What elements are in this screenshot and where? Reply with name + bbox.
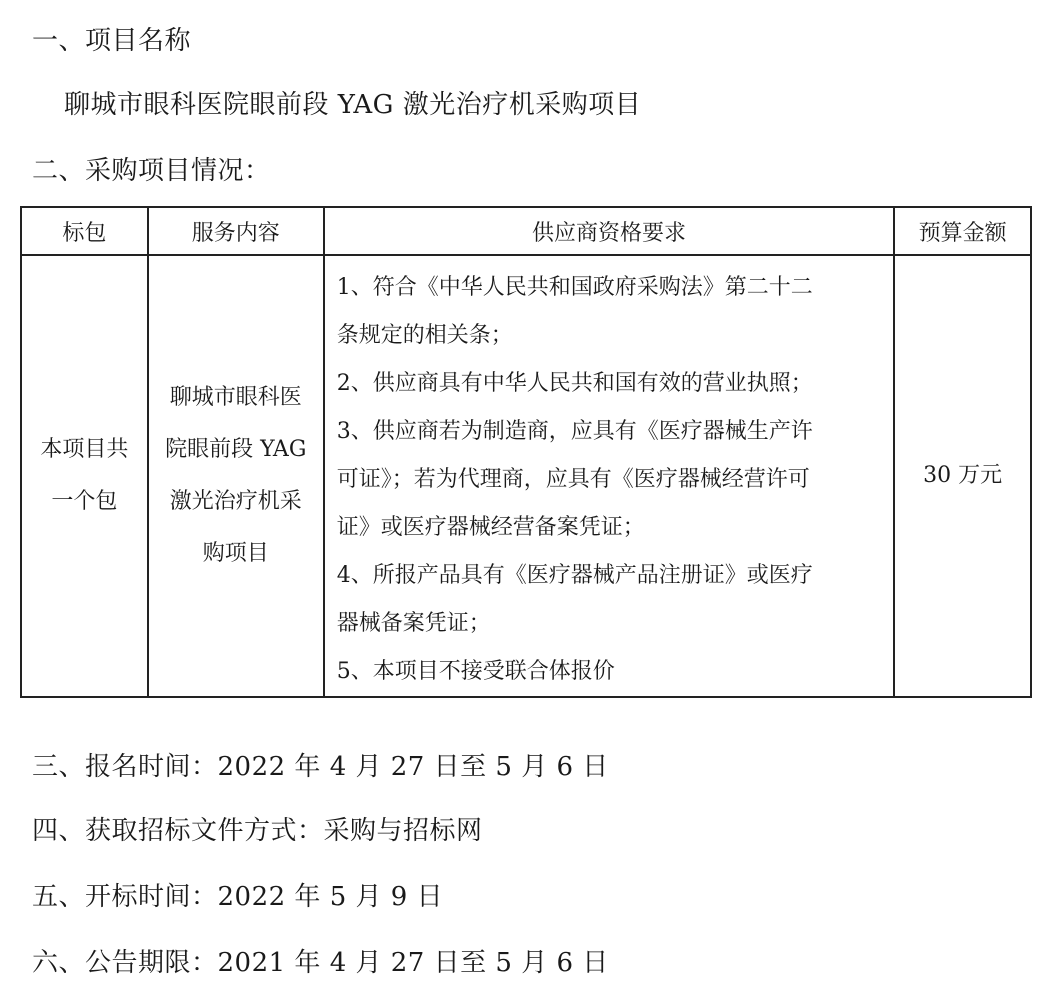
requirement-line: 3、供应商若为制造商，应具有《医疗器械生产许 (337, 408, 883, 456)
package-line: 本项目共 (22, 424, 147, 476)
section-2-heading: 二、采购项目情况： (32, 156, 271, 186)
section-5-opening-time: 五、开标时间：2022 年 5 月 9 日 (32, 882, 443, 912)
section-3-registration-time: 三、报名时间：2022 年 4 月 27 日至 5 月 6 日 (32, 752, 609, 782)
table-row: 本项目共 一个包 聊城市眼科医 院眼前段 YAG 激光治疗机采 购项目 1、符合… (21, 255, 1031, 697)
package-line: 一个包 (22, 476, 147, 528)
header-service: 服务内容 (148, 207, 324, 255)
section-6-notice-period: 六、公告期限：2021 年 4 月 27 日至 5 月 6 日 (32, 948, 609, 978)
header-requirements: 供应商资格要求 (324, 207, 894, 255)
service-line: 激光治疗机采 (149, 476, 323, 528)
requirement-line: 器械备案凭证； (337, 600, 883, 648)
service-line: 聊城市眼科医 (149, 372, 323, 424)
procurement-table: 标包 服务内容 供应商资格要求 预算金额 本项目共 一个包 聊城市眼科医 院眼前… (20, 206, 1032, 698)
table-header-row: 标包 服务内容 供应商资格要求 预算金额 (21, 207, 1031, 255)
requirement-line: 条规定的相关条； (337, 312, 883, 360)
requirement-line: 4、所报产品具有《医疗器械产品注册证》或医疗 (337, 552, 883, 600)
project-name: 聊城市眼科医院眼前段 YAG 激光治疗机采购项目 (64, 90, 641, 120)
section-1-heading: 一、项目名称 (32, 26, 191, 56)
header-package: 标包 (21, 207, 148, 255)
section-4-document-method: 四、获取招标文件方式：采购与招标网 (32, 816, 483, 846)
service-cell: 聊城市眼科医 院眼前段 YAG 激光治疗机采 购项目 (148, 255, 324, 697)
requirement-line: 2、供应商具有中华人民共和国有效的营业执照； (337, 360, 883, 408)
budget-value: 30 万元 (895, 450, 1030, 502)
requirement-line: 1、符合《中华人民共和国政府采购法》第二十二 (337, 264, 883, 312)
budget-cell: 30 万元 (894, 255, 1031, 697)
requirement-line: 5、本项目不接受联合体报价 (337, 648, 883, 696)
service-line: 院眼前段 YAG (149, 424, 323, 476)
requirements-cell: 1、符合《中华人民共和国政府采购法》第二十二 条规定的相关条； 2、供应商具有中… (324, 255, 894, 697)
header-budget: 预算金额 (894, 207, 1031, 255)
service-line: 购项目 (149, 528, 323, 580)
package-cell: 本项目共 一个包 (21, 255, 148, 697)
requirement-line: 可证》；若为代理商，应具有《医疗器械经营许可 (337, 456, 883, 504)
requirement-line: 证》或医疗器械经营备案凭证； (337, 504, 883, 552)
